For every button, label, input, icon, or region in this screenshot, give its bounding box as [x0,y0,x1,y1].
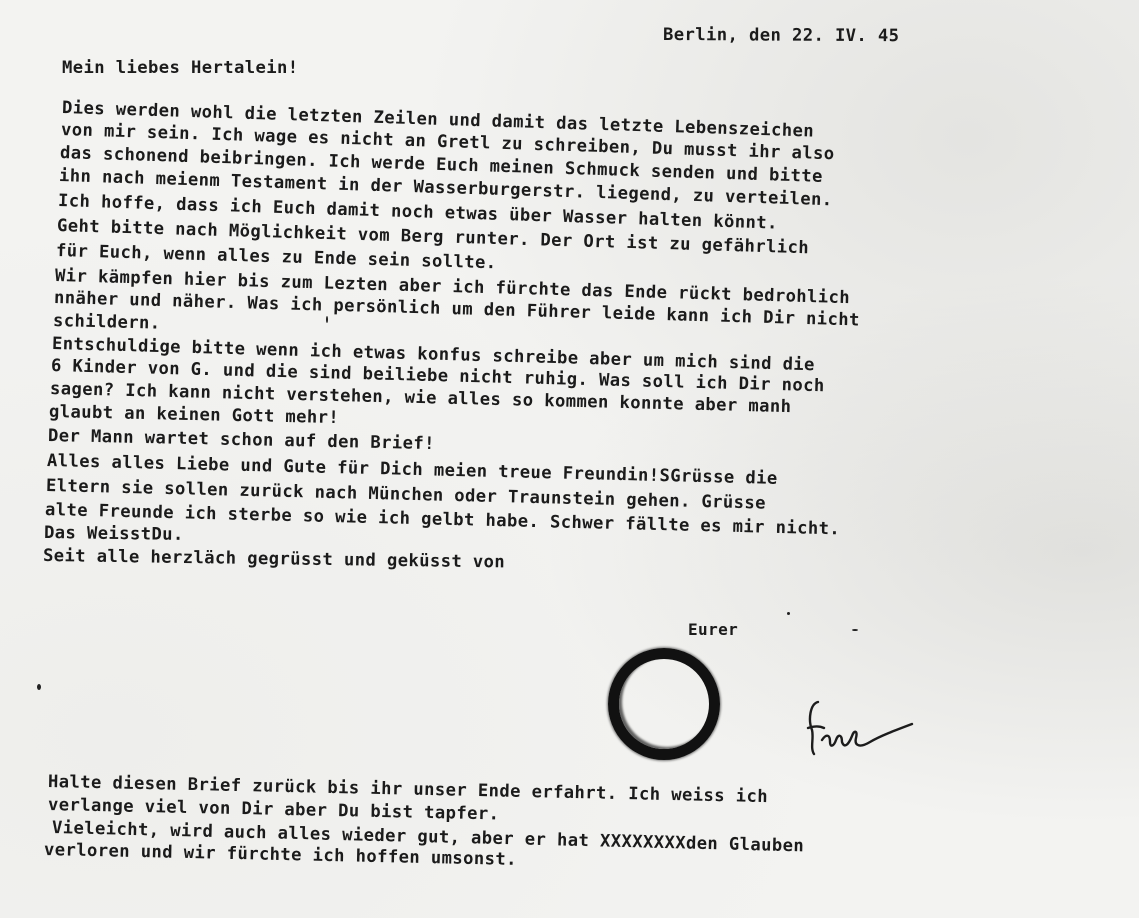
body-line: Das WeisstDu. [44,525,184,544]
salutation: Mein liebes Hertalein! [62,60,298,77]
ink-speck [326,316,328,323]
signature-eva [800,690,920,770]
date-line: Berlin, den 22. IV. 45 [663,27,900,45]
ink-speck [852,629,858,631]
closing: Eurer [688,622,738,638]
ink-speck [37,684,41,690]
ring-stamp-icon [608,648,720,760]
body-line: schildern. [53,313,161,333]
ink-speck [787,612,790,615]
